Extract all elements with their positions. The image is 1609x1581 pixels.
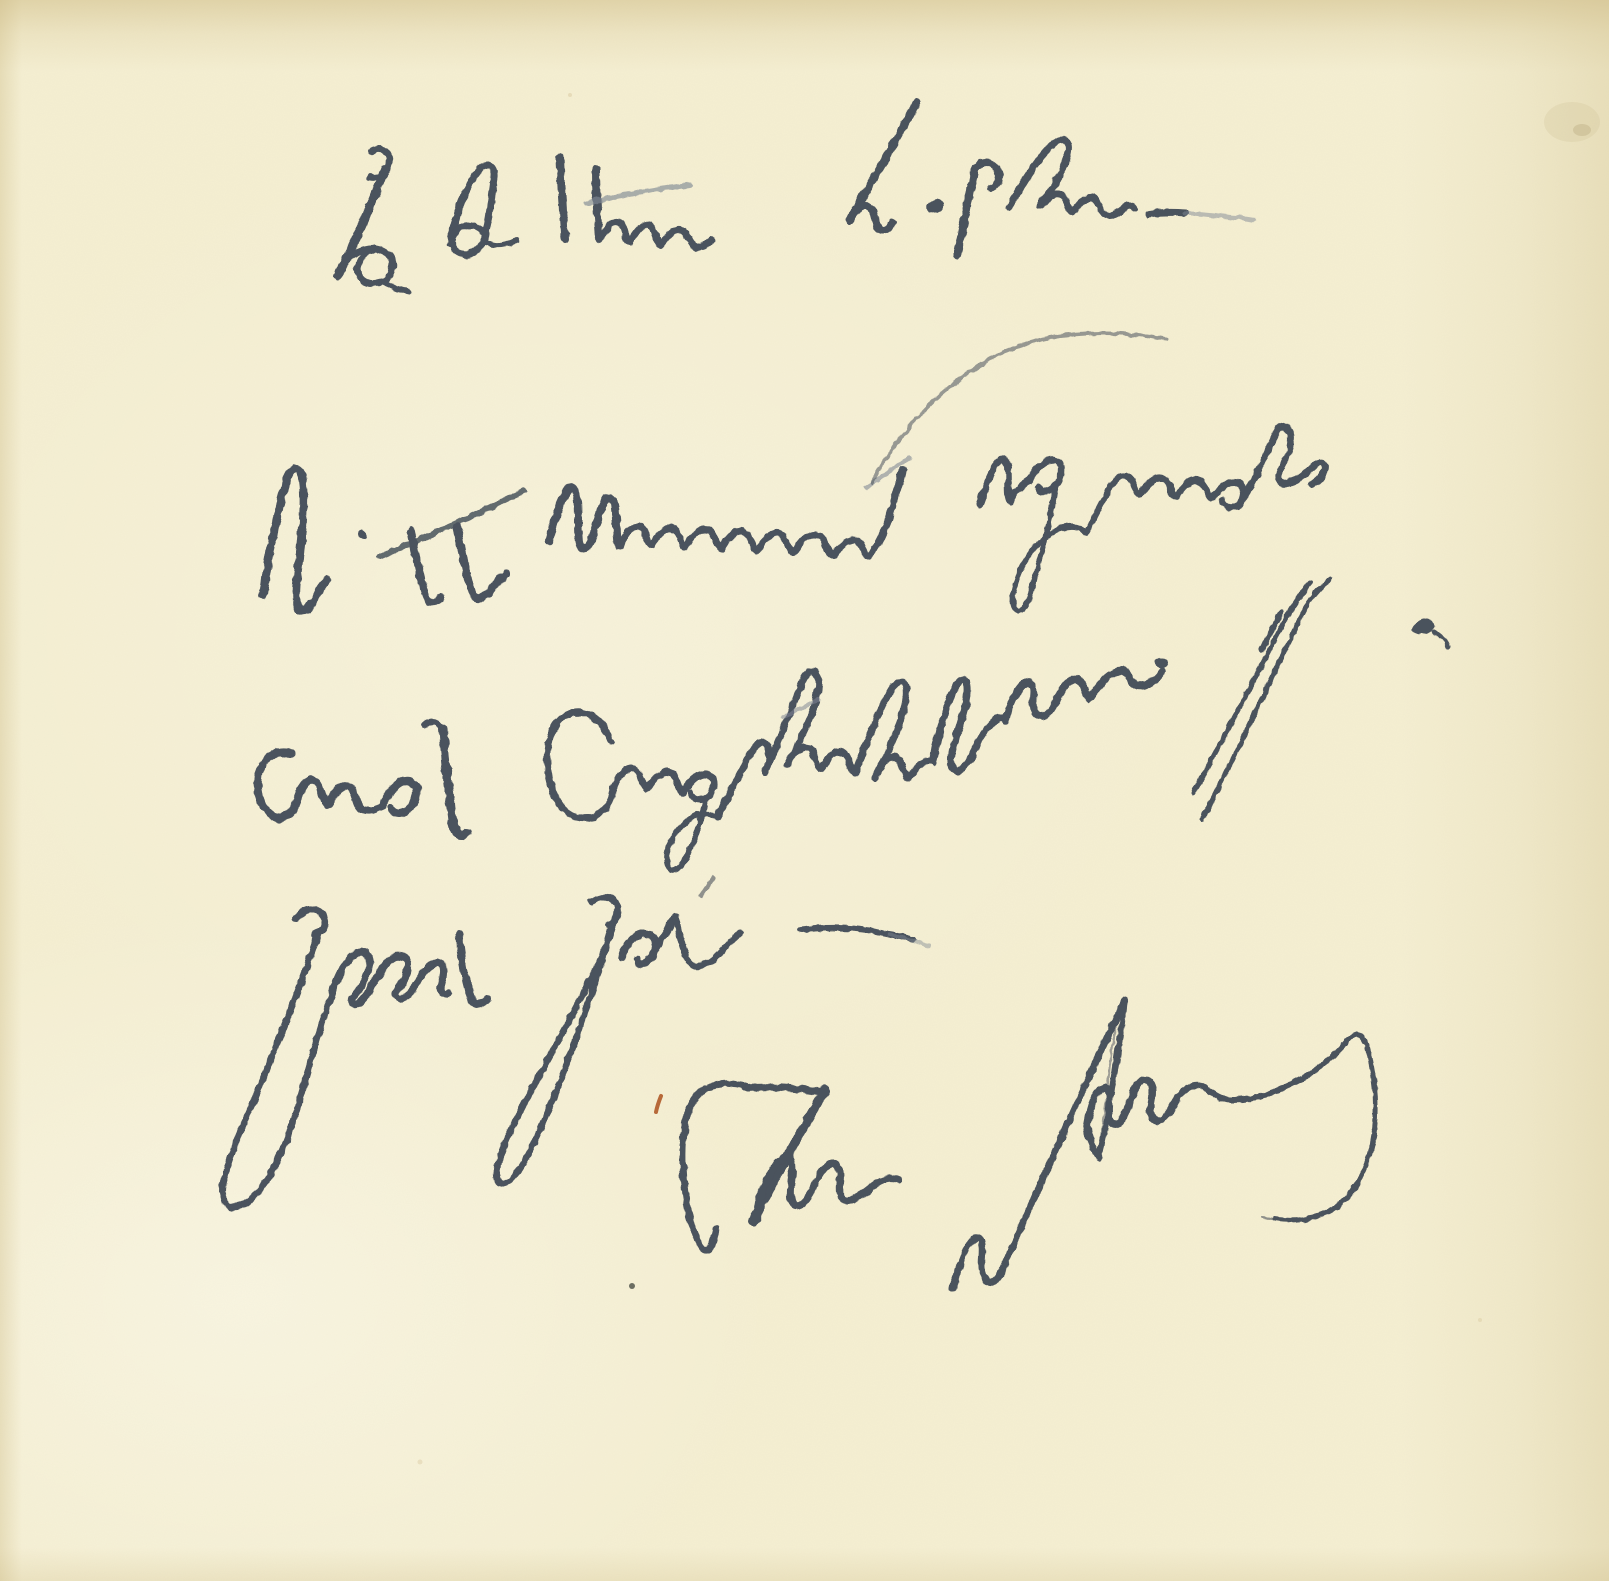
scanned-page: To Arthur Kaplan — with warmest regards … (0, 0, 1609, 1581)
ink-blob (1155, 658, 1169, 668)
inscription-handwriting (0, 0, 1609, 1581)
paper-freckle (568, 93, 572, 97)
paper-grain-texture (0, 0, 1609, 1581)
dash-stroke (1149, 212, 1186, 214)
paper-freckle (1478, 1318, 1482, 1322)
ink-stroke (560, 157, 565, 239)
ink-stroke (596, 169, 599, 239)
ink-dot (358, 530, 367, 539)
stain-top-right (1544, 102, 1600, 142)
paper-freckle (418, 1460, 423, 1465)
ink-speck (629, 1283, 635, 1289)
stain-top-right-core (1573, 124, 1591, 136)
